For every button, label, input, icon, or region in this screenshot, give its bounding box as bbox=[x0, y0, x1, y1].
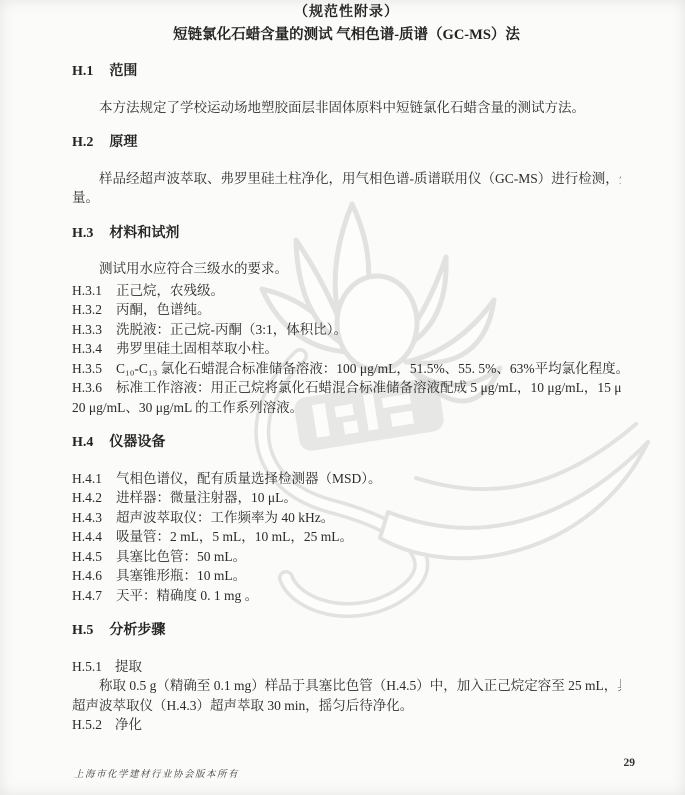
clause-text: 丙酮，色谱纯。 bbox=[116, 302, 211, 317]
paragraph-line: 测试用水应符合三级水的要求。 bbox=[72, 259, 621, 279]
section-h2-paragraph: 样品经超声波萃取、弗罗里硅土柱净化，用气相色谱-质谱联用仪（GC-MS）进行检测… bbox=[72, 169, 621, 208]
document-header: （规范性附录） 短链氯化石蜡含量的测试 气相色谱-质谱（GC-MS）法 bbox=[72, 2, 621, 46]
clause-item: H.4.5具塞比色管：50 mL。 bbox=[72, 547, 621, 567]
clause-text: 洗脱液：正己烷-丙酮（3:1，体积比）。 bbox=[116, 322, 347, 337]
section-title: 范围 bbox=[109, 64, 137, 79]
appendix-label: （规范性附录） bbox=[72, 2, 621, 24]
clause-text: 吸量管：2 mL，5 mL，10 mL，25 mL。 bbox=[116, 529, 353, 544]
section-title: 仪器设备 bbox=[109, 435, 165, 450]
paragraph-line: 样品经超声波萃取、弗罗里硅土柱净化，用气相色谱-质谱联用仪（GC-MS）进行检测… bbox=[72, 169, 621, 189]
clause-number: H.4.6 bbox=[72, 568, 102, 583]
paragraph-line: 量。 bbox=[72, 188, 621, 208]
clause-item: H.4.2进样器：微量注射器，10 μL。 bbox=[72, 488, 621, 508]
section-number: H.3 bbox=[72, 226, 93, 241]
clause-text: 正己烷，农残级。 bbox=[116, 283, 224, 298]
clause-number: H.3.5 bbox=[72, 361, 102, 376]
subsection-heading-h51: H.5.1提取 bbox=[72, 657, 621, 677]
section-number: H.4 bbox=[72, 435, 93, 450]
clause-number: H.3.1 bbox=[72, 283, 102, 298]
clause-number: H.3.4 bbox=[72, 341, 102, 356]
page-number: 29 bbox=[624, 757, 636, 769]
clause-text: 超声波萃取仪：工作频率为 40 kHz。 bbox=[116, 510, 334, 525]
clause-number: H.4.7 bbox=[72, 588, 102, 603]
document-page: （规范性附录） 短链氯化石蜡含量的测试 气相色谱-质谱（GC-MS）法 H.1范… bbox=[0, 0, 685, 795]
clause-title: 净化 bbox=[115, 717, 142, 732]
clause-number: H.3.3 bbox=[72, 322, 102, 337]
section-number: H.2 bbox=[72, 135, 93, 150]
section-h1-paragraph: 本方法规定了学校运动场地塑胶面层非固体原料中短链氯化石蜡含量的测试方法。 bbox=[72, 98, 621, 118]
clause-number: H.5.1 bbox=[72, 659, 102, 674]
clause-item: H.4.7天平：精确度 0. 1 mg 。 bbox=[72, 586, 621, 606]
clause-continuation: 20 μg/mL、30 μg/mL 的工作系列溶液。 bbox=[72, 398, 621, 418]
section-h4-items: H.4.1气相色谱仪，配有质量选择检测器（MSD）。 H.4.2进样器：微量注射… bbox=[72, 469, 621, 606]
section-heading-h2: H.2原理 bbox=[72, 133, 621, 153]
clause-number: H.4.1 bbox=[72, 471, 102, 486]
section-title: 原理 bbox=[109, 135, 137, 150]
section-heading-h5: H.5分析步骤 bbox=[72, 621, 621, 641]
subsection-heading-h52: H.5.2净化 bbox=[72, 715, 621, 735]
clause-text: 进样器：微量注射器，10 μL。 bbox=[116, 490, 297, 505]
clause-title: 提取 bbox=[115, 659, 142, 674]
document-content: （规范性附录） 短链氯化石蜡含量的测试 气相色谱-质谱（GC-MS）法 H.1范… bbox=[0, 0, 685, 735]
section-title: 材料和试剂 bbox=[109, 226, 179, 241]
clause-text: 具塞锥形瓶：10 mL。 bbox=[116, 568, 246, 583]
section-h3-items: H.3.1正己烷，农残级。 H.3.2丙酮，色谱纯。 H.3.3洗脱液：正己烷-… bbox=[72, 281, 621, 418]
paragraph-line: 本方法规定了学校运动场地塑胶面层非固体原料中短链氯化石蜡含量的测试方法。 bbox=[72, 98, 621, 118]
clause-item: H.4.1气相色谱仪，配有质量选择检测器（MSD）。 bbox=[72, 469, 621, 489]
clause-number: H.4.5 bbox=[72, 549, 102, 564]
clause-item: H.4.3超声波萃取仪：工作频率为 40 kHz。 bbox=[72, 508, 621, 528]
paragraph-line: 超声波萃取仪（H.4.3）超声萃取 30 min，摇匀后待净化。 bbox=[72, 696, 621, 716]
clause-text: 天平：精确度 0. 1 mg 。 bbox=[116, 588, 258, 603]
clause-number: H.4.3 bbox=[72, 510, 102, 525]
section-h3-intro: 测试用水应符合三级水的要求。 bbox=[72, 259, 621, 279]
clause-item: H.3.4弗罗里硅土固相萃取小柱。 bbox=[72, 339, 621, 359]
clause-item: H.4.6具塞锥形瓶：10 mL。 bbox=[72, 566, 621, 586]
paragraph-line: 称取 0.5 g（精确至 0.1 mg）样品于具塞比色管（H.4.5）中，加入正… bbox=[72, 676, 621, 696]
section-number: H.1 bbox=[72, 64, 93, 79]
section-number: H.5 bbox=[72, 623, 93, 638]
clause-text: C₁₀-C₁₃ 氯化石蜡混合标准储备溶液：100 μg/mL，51.5%、55.… bbox=[116, 361, 621, 376]
clause-number: H.3.2 bbox=[72, 302, 102, 317]
clause-text: 标准工作溶液：用正己烷将氯化石蜡混合标准储备溶液配成 5 μg/mL，10 μg… bbox=[116, 380, 621, 395]
section-heading-h4: H.4仪器设备 bbox=[72, 433, 621, 453]
clause-text: 具塞比色管：50 mL。 bbox=[116, 549, 246, 564]
clause-item: H.3.1正己烷，农残级。 bbox=[72, 281, 621, 301]
clause-number: H.3.6 bbox=[72, 380, 102, 395]
clause-item: H.3.2丙酮，色谱纯。 bbox=[72, 300, 621, 320]
clause-item: H.3.3洗脱液：正己烷-丙酮（3:1，体积比）。 bbox=[72, 320, 621, 340]
clause-number: H.4.2 bbox=[72, 490, 102, 505]
clause-item: H.3.6标准工作溶液：用正己烷将氯化石蜡混合标准储备溶液配成 5 μg/mL，… bbox=[72, 378, 621, 398]
section-heading-h1: H.1范围 bbox=[72, 62, 621, 82]
subsection-h51-paragraph: 称取 0.5 g（精确至 0.1 mg）样品于具塞比色管（H.4.5）中，加入正… bbox=[72, 676, 621, 715]
footer-copyright: 上海市化学建材行业协会版本所有 bbox=[74, 766, 239, 780]
clause-item: H.4.4吸量管：2 mL，5 mL，10 mL，25 mL。 bbox=[72, 527, 621, 547]
clause-text: 弗罗里硅土固相萃取小柱。 bbox=[116, 341, 278, 356]
clause-item: H.3.5C₁₀-C₁₃ 氯化石蜡混合标准储备溶液：100 μg/mL，51.5… bbox=[72, 359, 621, 379]
clause-number: H.5.2 bbox=[72, 717, 102, 732]
section-heading-h3: H.3材料和试剂 bbox=[72, 224, 621, 244]
document-title: 短链氯化石蜡含量的测试 气相色谱-质谱（GC-MS）法 bbox=[72, 24, 621, 46]
section-title: 分析步骤 bbox=[109, 623, 165, 638]
clause-text: 气相色谱仪，配有质量选择检测器（MSD）。 bbox=[116, 471, 382, 486]
clause-number: H.4.4 bbox=[72, 529, 102, 544]
